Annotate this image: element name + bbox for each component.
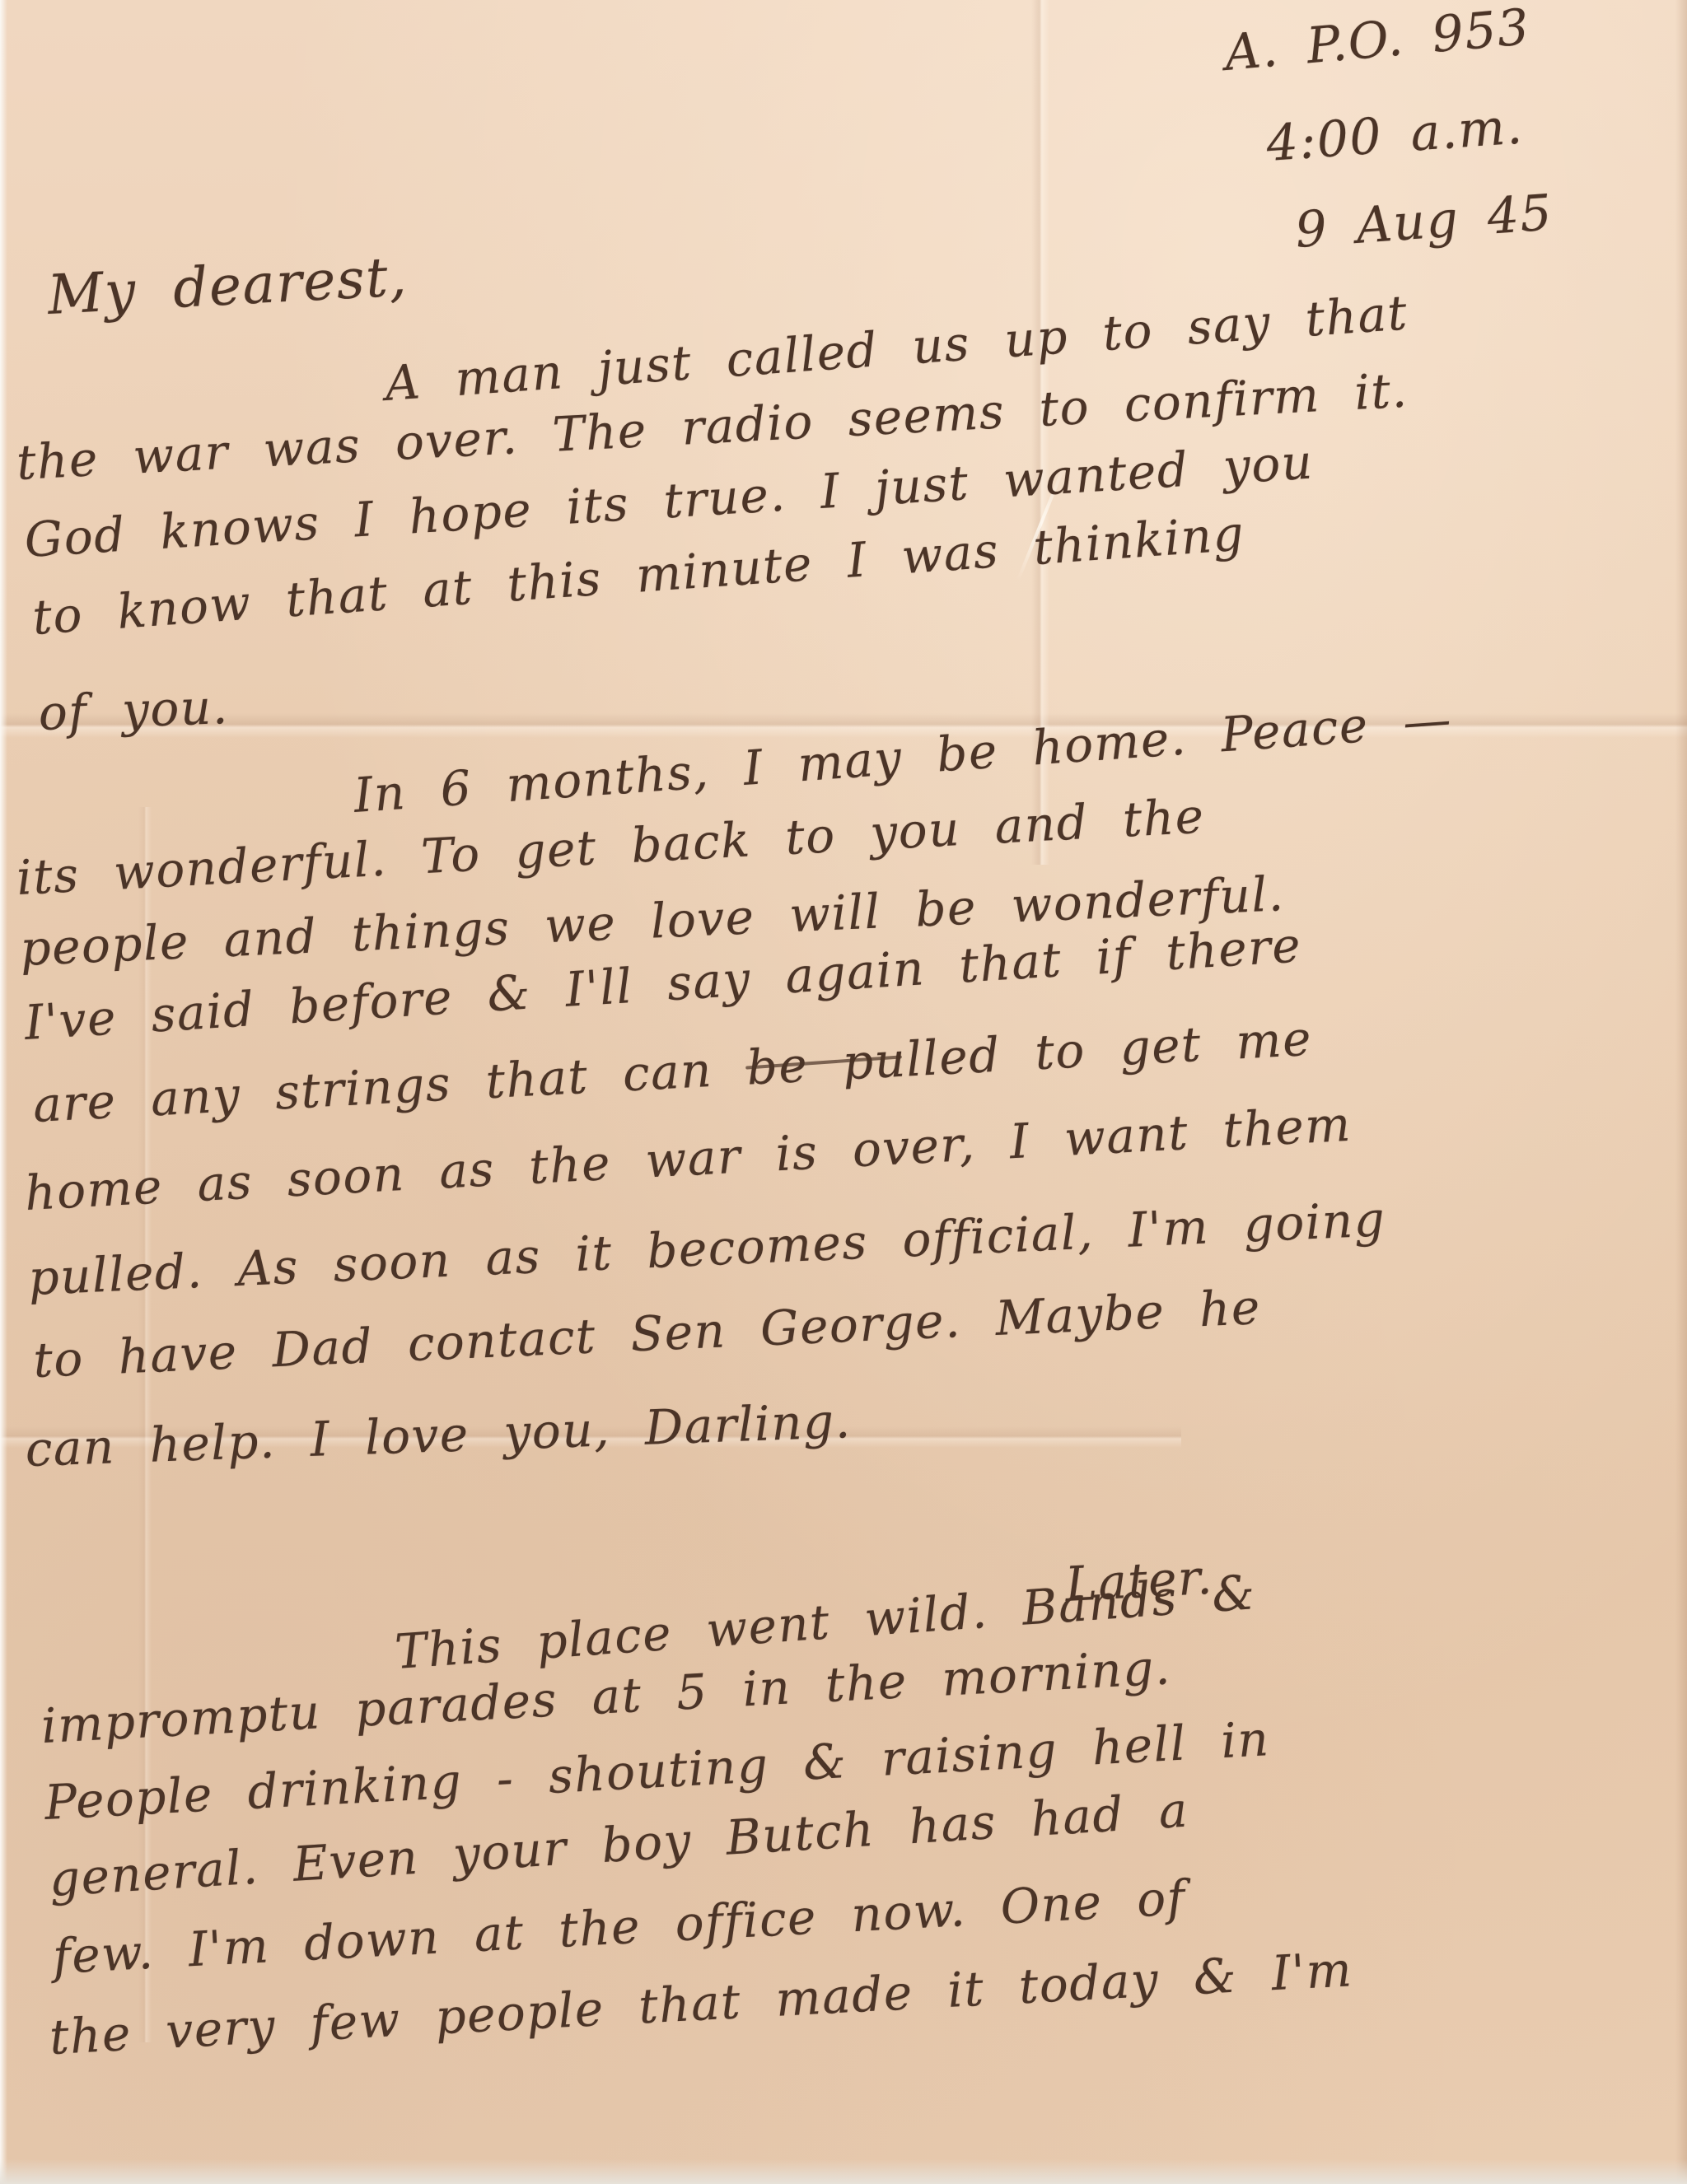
scan-edge-bottom bbox=[0, 2159, 1687, 2184]
letter-line: can help. I love you, Darling. bbox=[25, 1393, 853, 1477]
salutation: My dearest, bbox=[46, 245, 409, 327]
header-time-line: 4:00 a.m. bbox=[1264, 97, 1525, 173]
handwritten-letter-page: A. P.O. 953 4:00 a.m. 9 Aug 45 My deares… bbox=[0, 0, 1687, 2184]
header-date-line: 9 Aug 45 bbox=[1293, 184, 1554, 259]
header-apo-line: A. P.O. 953 bbox=[1222, 0, 1532, 82]
letter-line: of you. bbox=[38, 679, 230, 741]
scan-edge-right bbox=[1675, 0, 1687, 2184]
scan-edge-left bbox=[0, 0, 7, 2184]
